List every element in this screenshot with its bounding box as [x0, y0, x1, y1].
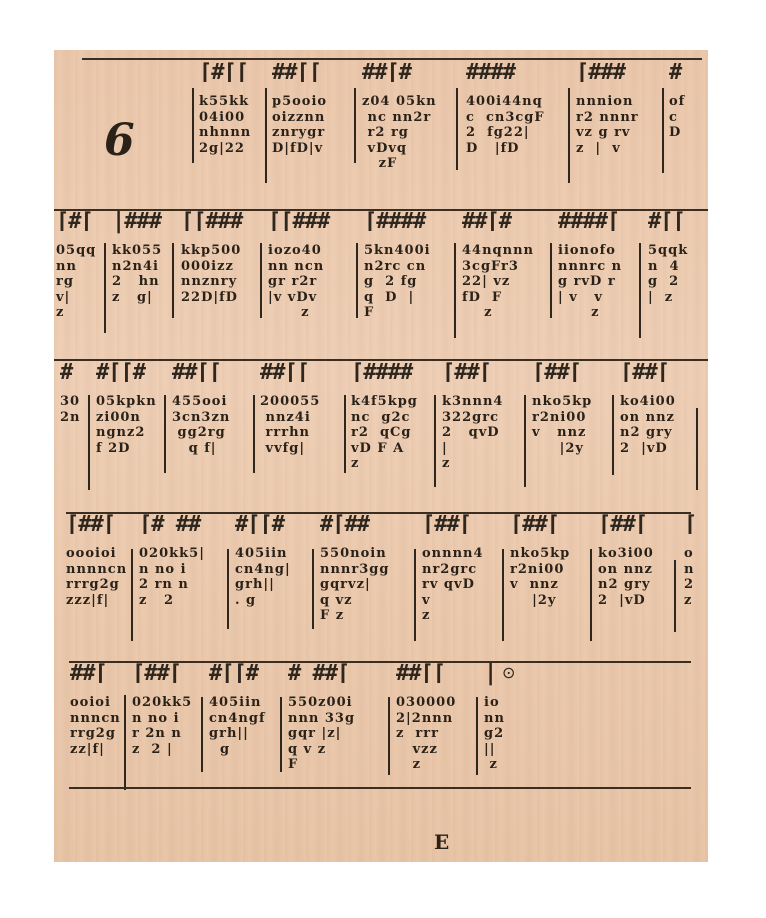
rhythm-flags: ⌈##⌈: [132, 663, 181, 685]
tab-row: g rvD r: [558, 274, 622, 290]
tab-row: n2n4i: [112, 259, 162, 275]
barline: [568, 88, 570, 183]
rhythm-flags: ⌈##⌈: [532, 362, 581, 384]
tab-row: f 2D: [96, 441, 157, 457]
tab-row: n2rc cn: [364, 259, 431, 275]
barline: [414, 549, 416, 641]
barline: [356, 243, 358, 318]
tab-row: r2ni00: [532, 410, 592, 426]
tab-row: c cn3cgF: [466, 110, 545, 126]
tab-row: n2 gry: [598, 577, 654, 593]
tab-row: | v v: [558, 290, 622, 306]
tab-row: ko4i00: [620, 394, 676, 410]
tab-row: q vz: [320, 593, 389, 609]
page-number-mark: 6: [104, 115, 135, 166]
tab-row: of: [669, 94, 685, 110]
tab-row: ooioi: [70, 695, 121, 711]
tab-row: z: [422, 608, 484, 624]
tab-row: nnncn: [70, 711, 121, 727]
barline: [104, 243, 106, 333]
tab-row: vz g rv: [576, 125, 639, 141]
tab-row: cn4ng|: [235, 562, 291, 578]
barline: [354, 88, 356, 163]
rhythm-flags: ⌈##⌈: [510, 514, 559, 536]
tab-row: gg2rg: [172, 425, 230, 441]
catchword: E: [434, 830, 449, 854]
barline: [476, 697, 478, 775]
tab-row: nn ncn: [268, 259, 324, 275]
rhythm-flags: ⌈####: [364, 211, 425, 233]
tab-row: 2 rn n: [139, 577, 205, 593]
tab-row: on nnz: [620, 410, 676, 426]
tab-row: |v vDv: [268, 290, 324, 306]
rhythm-flags: ⌈##⌈: [422, 514, 471, 536]
tab-row: c: [669, 110, 685, 126]
tab-row: onnnn4: [422, 546, 484, 562]
rhythm-flags: ##⌈⌈: [260, 362, 309, 384]
tab-row: nn: [56, 259, 96, 275]
rhythm-flags: ####: [466, 62, 515, 84]
barline: [662, 88, 664, 173]
tab-row: g2: [484, 726, 505, 742]
tab-row: 2 fg22|: [466, 125, 545, 141]
rhythm-flags: ⌈#⌈: [56, 211, 93, 233]
tab-row: F z: [320, 608, 389, 624]
tab-row: z: [351, 456, 418, 472]
barline: [639, 243, 641, 338]
tab-row: 30: [60, 394, 81, 410]
tab-row: 2g|22: [199, 141, 251, 157]
barline: [265, 88, 267, 183]
tab-row: z: [268, 305, 324, 321]
tab-row: 2 |vD: [620, 441, 676, 457]
barline: [434, 395, 436, 487]
tab-row: rg: [56, 274, 96, 290]
tab-row: D: [669, 125, 685, 141]
tab-row: 550z00i: [288, 695, 355, 711]
barline: [502, 549, 504, 641]
tab-row: z 2: [139, 593, 205, 609]
barline: [88, 395, 90, 490]
tab-row: 400i44nq: [466, 94, 545, 110]
rhythm-flags: ⌈##⌈: [442, 362, 491, 384]
tab-row: vvfg|: [260, 441, 320, 457]
tab-row: vD F A: [351, 441, 418, 457]
barline: [253, 395, 255, 473]
rhythm-flags: #⌈⌈#: [96, 362, 145, 384]
tab-row: r2ni00: [510, 562, 570, 578]
tab-row: F: [288, 757, 355, 773]
tab-row: q D |: [364, 290, 431, 306]
tab-row: rrg2g: [70, 726, 121, 742]
tab-row: |: [442, 441, 503, 457]
barline: [124, 695, 126, 790]
tab-row: ||: [484, 742, 505, 758]
tab-row: z: [684, 593, 694, 609]
tab-row: k4f5kpg: [351, 394, 418, 410]
tab-row: 05kpkn: [96, 394, 157, 410]
rhythm-flags: ##⌈⌈: [272, 62, 321, 84]
rhythm-flags: #⌈⌈#: [209, 663, 258, 685]
tab-row: iionofo: [558, 243, 622, 259]
barline: [131, 549, 133, 641]
tab-row: D |fD: [466, 141, 545, 157]
tab-row: oizznn: [272, 110, 327, 126]
tab-row: z: [56, 305, 96, 321]
tab-row: z | v: [576, 141, 639, 157]
tab-row: vzz: [396, 742, 456, 758]
tab-row: 3cgFr3: [462, 259, 534, 275]
tab-row: vDvq: [362, 141, 437, 157]
tab-row: v nnz: [510, 577, 570, 593]
tab-row: z: [442, 456, 503, 472]
tab-row: 22D|fD: [181, 290, 241, 306]
tab-row: znrygr: [272, 125, 327, 141]
tab-row: | z: [648, 290, 688, 306]
tab-row: gr r2r: [268, 274, 324, 290]
tab-row: 2 hn: [112, 274, 162, 290]
barline: [590, 549, 592, 641]
tab-row: k55kk: [199, 94, 251, 110]
tab-row: nhnnn: [199, 125, 251, 141]
tab-row: z: [396, 757, 456, 773]
tab-row: F: [364, 305, 431, 321]
tab-row: zz|f|: [70, 742, 121, 758]
tab-row: z: [558, 305, 622, 321]
tab-row: rrrg2g: [66, 577, 127, 593]
tab-row: q f|: [172, 441, 230, 457]
tab-row: kk055: [112, 243, 162, 259]
rhythm-flags: ⌈⌈###: [268, 211, 329, 233]
barline: [454, 243, 456, 338]
tab-row: rrrhn: [260, 425, 320, 441]
barline: [388, 697, 390, 775]
barline: [192, 88, 194, 163]
tab-row: nnn 33g: [288, 711, 355, 727]
rhythm-flags: ⌈##⌈: [598, 514, 647, 536]
barline: [696, 408, 698, 490]
tab-row: v|: [56, 290, 96, 306]
barline: [674, 560, 676, 632]
tab-row: on nnz: [598, 562, 654, 578]
barline: [550, 243, 552, 318]
barline: [201, 697, 203, 772]
tab-row: n2 gry: [620, 425, 676, 441]
tab-row: r2 nnnr: [576, 110, 639, 126]
rhythm-flags: #⌈⌈#: [235, 514, 284, 536]
tab-row: nc nn2r: [362, 110, 437, 126]
tab-row: n 4: [648, 259, 688, 275]
tab-row: nn: [484, 711, 505, 727]
tab-row: oooioi: [66, 546, 127, 562]
tab-row: g 2 fg: [364, 274, 431, 290]
rhythm-flags: # ##⌈: [288, 663, 349, 685]
rhythm-flags: ⌈: [684, 514, 696, 536]
tab-row: z g|: [112, 290, 162, 306]
fermata-icon: ⊙: [502, 663, 515, 682]
tab-row: nnnncn: [66, 562, 127, 578]
tab-row: ngnz2: [96, 425, 157, 441]
tab-row: zF: [362, 156, 437, 172]
tab-row: rv qvD: [422, 577, 484, 593]
barline: [227, 549, 229, 629]
tab-row: n no i: [139, 562, 205, 578]
rhythm-flags: |###: [112, 211, 161, 233]
tab-row: |2y: [532, 441, 592, 457]
rhythm-flags: ⌈##⌈: [66, 514, 115, 536]
tab-row: g 2: [648, 274, 688, 290]
tab-row: D|fD|v: [272, 141, 327, 157]
rhythm-flags: |: [484, 663, 496, 685]
tab-row: kkp500: [181, 243, 241, 259]
tab-row: n: [684, 562, 694, 578]
tab-row: 550noin: [320, 546, 389, 562]
tab-row: 322grc: [442, 410, 503, 426]
tab-row: 020kk5: [132, 695, 192, 711]
barline: [344, 395, 346, 473]
tab-row: z: [462, 305, 534, 321]
rhythm-flags: #: [669, 62, 681, 84]
tab-row: zi00n: [96, 410, 157, 426]
tab-row: 2 qvD: [442, 425, 503, 441]
tab-row: nnnrc n: [558, 259, 622, 275]
tab-row: 05qq: [56, 243, 96, 259]
tab-row: nnnr3gg: [320, 562, 389, 578]
tab-row: 200055: [260, 394, 320, 410]
rhythm-flags: ##⌈: [70, 663, 107, 685]
tab-row: 04i00: [199, 110, 251, 126]
barline: [312, 549, 314, 629]
barline: [164, 395, 166, 473]
barline: [172, 243, 174, 318]
tab-row: v: [422, 593, 484, 609]
tab-row: z 2 |: [132, 742, 192, 758]
barline: [456, 88, 458, 170]
tab-row: nr2grc: [422, 562, 484, 578]
tab-row: z rrr: [396, 726, 456, 742]
tab-row: r2 qCg: [351, 425, 418, 441]
tab-row: 2 |vD: [598, 593, 654, 609]
tab-row: ko3i00: [598, 546, 654, 562]
tab-row: r 2n n: [132, 726, 192, 742]
tab-row: iozo40: [268, 243, 324, 259]
tab-row: gqr |z|: [288, 726, 355, 742]
rhythm-flags: #⌈⌈: [648, 211, 685, 233]
tab-row: nc g2c: [351, 410, 418, 426]
rhythm-flags: ⌈###: [576, 62, 625, 84]
rhythm-flags: ####⌈: [558, 211, 619, 233]
tab-row: q v z: [288, 742, 355, 758]
tab-row: grh||: [209, 726, 266, 742]
tab-row: 455ooi: [172, 394, 230, 410]
tab-row: cn4ngf: [209, 711, 266, 727]
tab-row: p5ooio: [272, 94, 327, 110]
rhythm-flags: #: [60, 362, 72, 384]
tab-row: nnnion: [576, 94, 639, 110]
rhythm-flags: ##⌈⌈: [172, 362, 221, 384]
rhythm-flags: ##⌈#: [362, 62, 411, 84]
tab-row: n no i: [132, 711, 192, 727]
tab-row: g: [209, 742, 266, 758]
rhythm-flags: ⌈#⌈⌈: [199, 62, 248, 84]
tab-row: v nnz: [532, 425, 592, 441]
tab-row: nnz4i: [260, 410, 320, 426]
tab-row: grh||: [235, 577, 291, 593]
tab-row: z04 05kn: [362, 94, 437, 110]
tab-row: 5qqk: [648, 243, 688, 259]
tab-row: . g: [235, 593, 291, 609]
tab-row: 3cn3zn: [172, 410, 230, 426]
tab-row: zzz|f|: [66, 593, 127, 609]
tab-row: 5kn400i: [364, 243, 431, 259]
rhythm-flags: ##⌈#: [462, 211, 511, 233]
rhythm-flags: ⌈####: [351, 362, 412, 384]
bottom-rule: [69, 787, 691, 789]
tab-row: 22| vz: [462, 274, 534, 290]
tab-row: 405iin: [235, 546, 291, 562]
tab-row: 2|2nnn: [396, 711, 456, 727]
barline: [524, 395, 526, 487]
tab-row: r2 rg: [362, 125, 437, 141]
tab-row: 2n: [60, 410, 81, 426]
tab-row: o: [684, 546, 694, 562]
barline: [260, 243, 262, 318]
tab-row: 020kk5|: [139, 546, 205, 562]
tab-row: |2y: [510, 593, 570, 609]
barline: [612, 395, 614, 475]
rhythm-flags: ⌈##⌈: [620, 362, 669, 384]
barline: [280, 697, 282, 772]
rhythm-flags: ⌈# ##: [139, 514, 200, 536]
rhythm-flags: ⌈⌈###: [181, 211, 242, 233]
tab-row: nnznry: [181, 274, 241, 290]
tab-row: fD F: [462, 290, 534, 306]
tab-row: k3nnn4: [442, 394, 503, 410]
tab-row: gqrvz|: [320, 577, 389, 593]
tab-row: io: [484, 695, 505, 711]
rhythm-flags: ##⌈⌈: [396, 663, 445, 685]
tab-row: 2: [684, 577, 694, 593]
tab-row: 405iin: [209, 695, 266, 711]
tab-row: z: [484, 757, 505, 773]
tab-row: nko5kp: [510, 546, 570, 562]
rhythm-flags: #⌈##: [320, 514, 369, 536]
tab-row: nko5kp: [532, 394, 592, 410]
tab-row: 030000: [396, 695, 456, 711]
tab-row: 000izz: [181, 259, 241, 275]
tab-row: 44nqnnn: [462, 243, 534, 259]
tablature-page: 6 ⌈#⌈⌈ k55kk 04i00 nhnnn 2g|22 ##⌈⌈ p5oo…: [54, 50, 708, 862]
